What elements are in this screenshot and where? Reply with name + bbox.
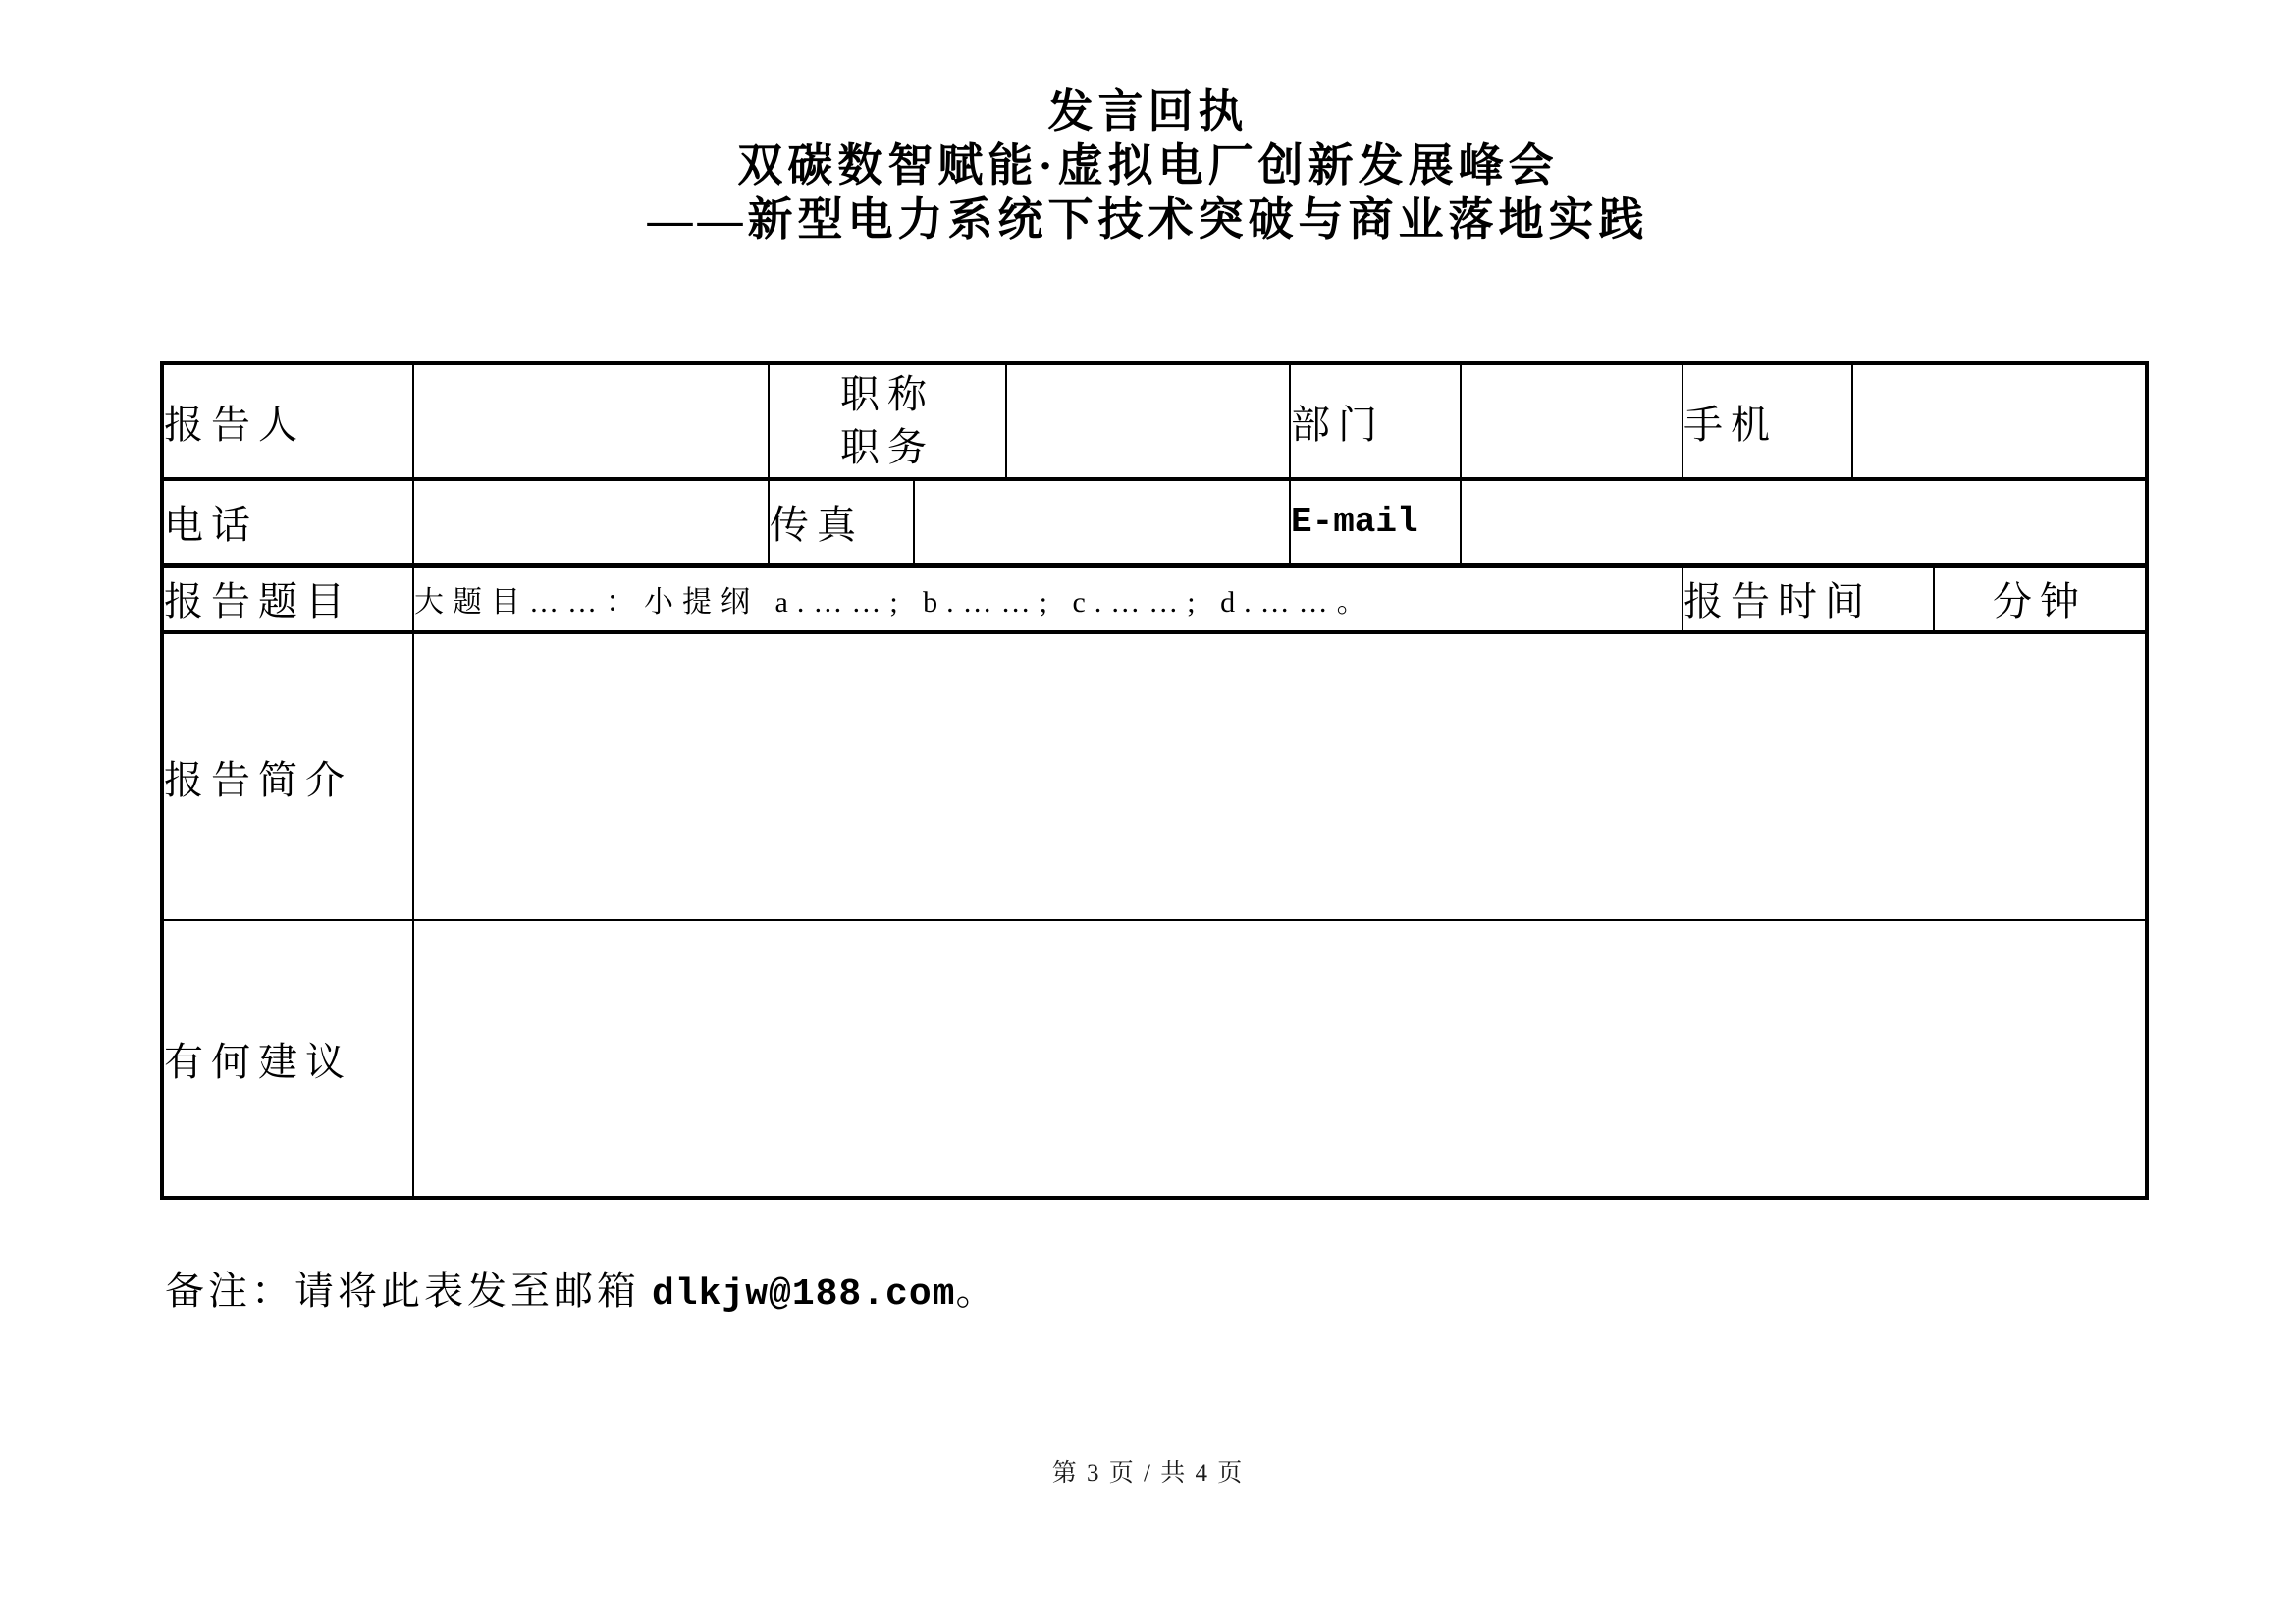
fax-field[interactable] <box>914 479 1290 565</box>
reply-form-table: 报告人 职称 职务 部门 手机 电话 传真 E-mail 报告题目 大题目……：… <box>160 361 2149 1200</box>
note-line: 备注：请将此表发至邮箱dlkjw@188.com。 <box>165 1260 998 1316</box>
event-title: 双碳数智赋能·虚拟电厂创新发展峰会 <box>0 138 2296 192</box>
title-duty-label: 职称 职务 <box>769 363 1006 479</box>
mobile-field[interactable] <box>1852 363 2147 479</box>
note-text: 备注：请将此表发至邮箱 <box>165 1269 640 1313</box>
form-title: 发言回执 <box>0 84 2296 138</box>
mobile-label: 手机 <box>1682 363 1852 479</box>
reporter-field[interactable] <box>413 363 769 479</box>
table-row-intro: 报告简介 <box>162 632 2147 920</box>
note-email-address: dlkjw@188.com <box>652 1273 955 1316</box>
phone-field[interactable] <box>413 479 769 565</box>
table-row-topic: 报告题目 大题目……：小提纲 a.……; b.……; c.……; d.……。 报… <box>162 565 2147 632</box>
suggestion-field[interactable] <box>413 920 2147 1198</box>
duration-unit[interactable]: 分钟 <box>1934 565 2147 632</box>
table-row-contact: 电话 传真 E-mail <box>162 479 2147 565</box>
intro-label: 报告简介 <box>162 632 413 920</box>
department-field[interactable] <box>1461 363 1682 479</box>
topic-label: 报告题目 <box>162 565 413 632</box>
fax-label: 传真 <box>769 479 914 565</box>
table-row-reporter: 报告人 职称 职务 部门 手机 <box>162 363 2147 479</box>
suggestion-label: 有何建议 <box>162 920 413 1198</box>
email-field[interactable] <box>1461 479 2147 565</box>
duration-label: 报告时间 <box>1682 565 1934 632</box>
page-number-footer: 第 3 页 / 共 4 页 <box>0 1453 2296 1489</box>
topic-hint[interactable]: 大题目……：小提纲 a.……; b.……; c.……; d.……。 <box>413 565 1682 632</box>
table-row-suggestion: 有何建议 <box>162 920 2147 1198</box>
phone-label: 电话 <box>162 479 413 565</box>
email-label: E-mail <box>1290 479 1461 565</box>
title-duty-label-line2: 职务 <box>770 421 1005 474</box>
note-suffix: 。 <box>955 1269 998 1313</box>
title-block: 发言回执 双碳数智赋能·虚拟电厂创新发展峰会 ——新型电力系统下技术突破与商业落… <box>0 84 2296 246</box>
intro-field[interactable] <box>413 632 2147 920</box>
title-duty-field[interactable] <box>1006 363 1290 479</box>
event-subtitle: ——新型电力系统下技术突破与商业落地实践 <box>0 192 2296 246</box>
document-page: 发言回执 双碳数智赋能·虚拟电厂创新发展峰会 ——新型电力系统下技术突破与商业落… <box>0 0 2296 1624</box>
title-duty-label-line1: 职称 <box>770 368 1005 421</box>
reporter-label: 报告人 <box>162 363 413 479</box>
department-label: 部门 <box>1290 363 1461 479</box>
